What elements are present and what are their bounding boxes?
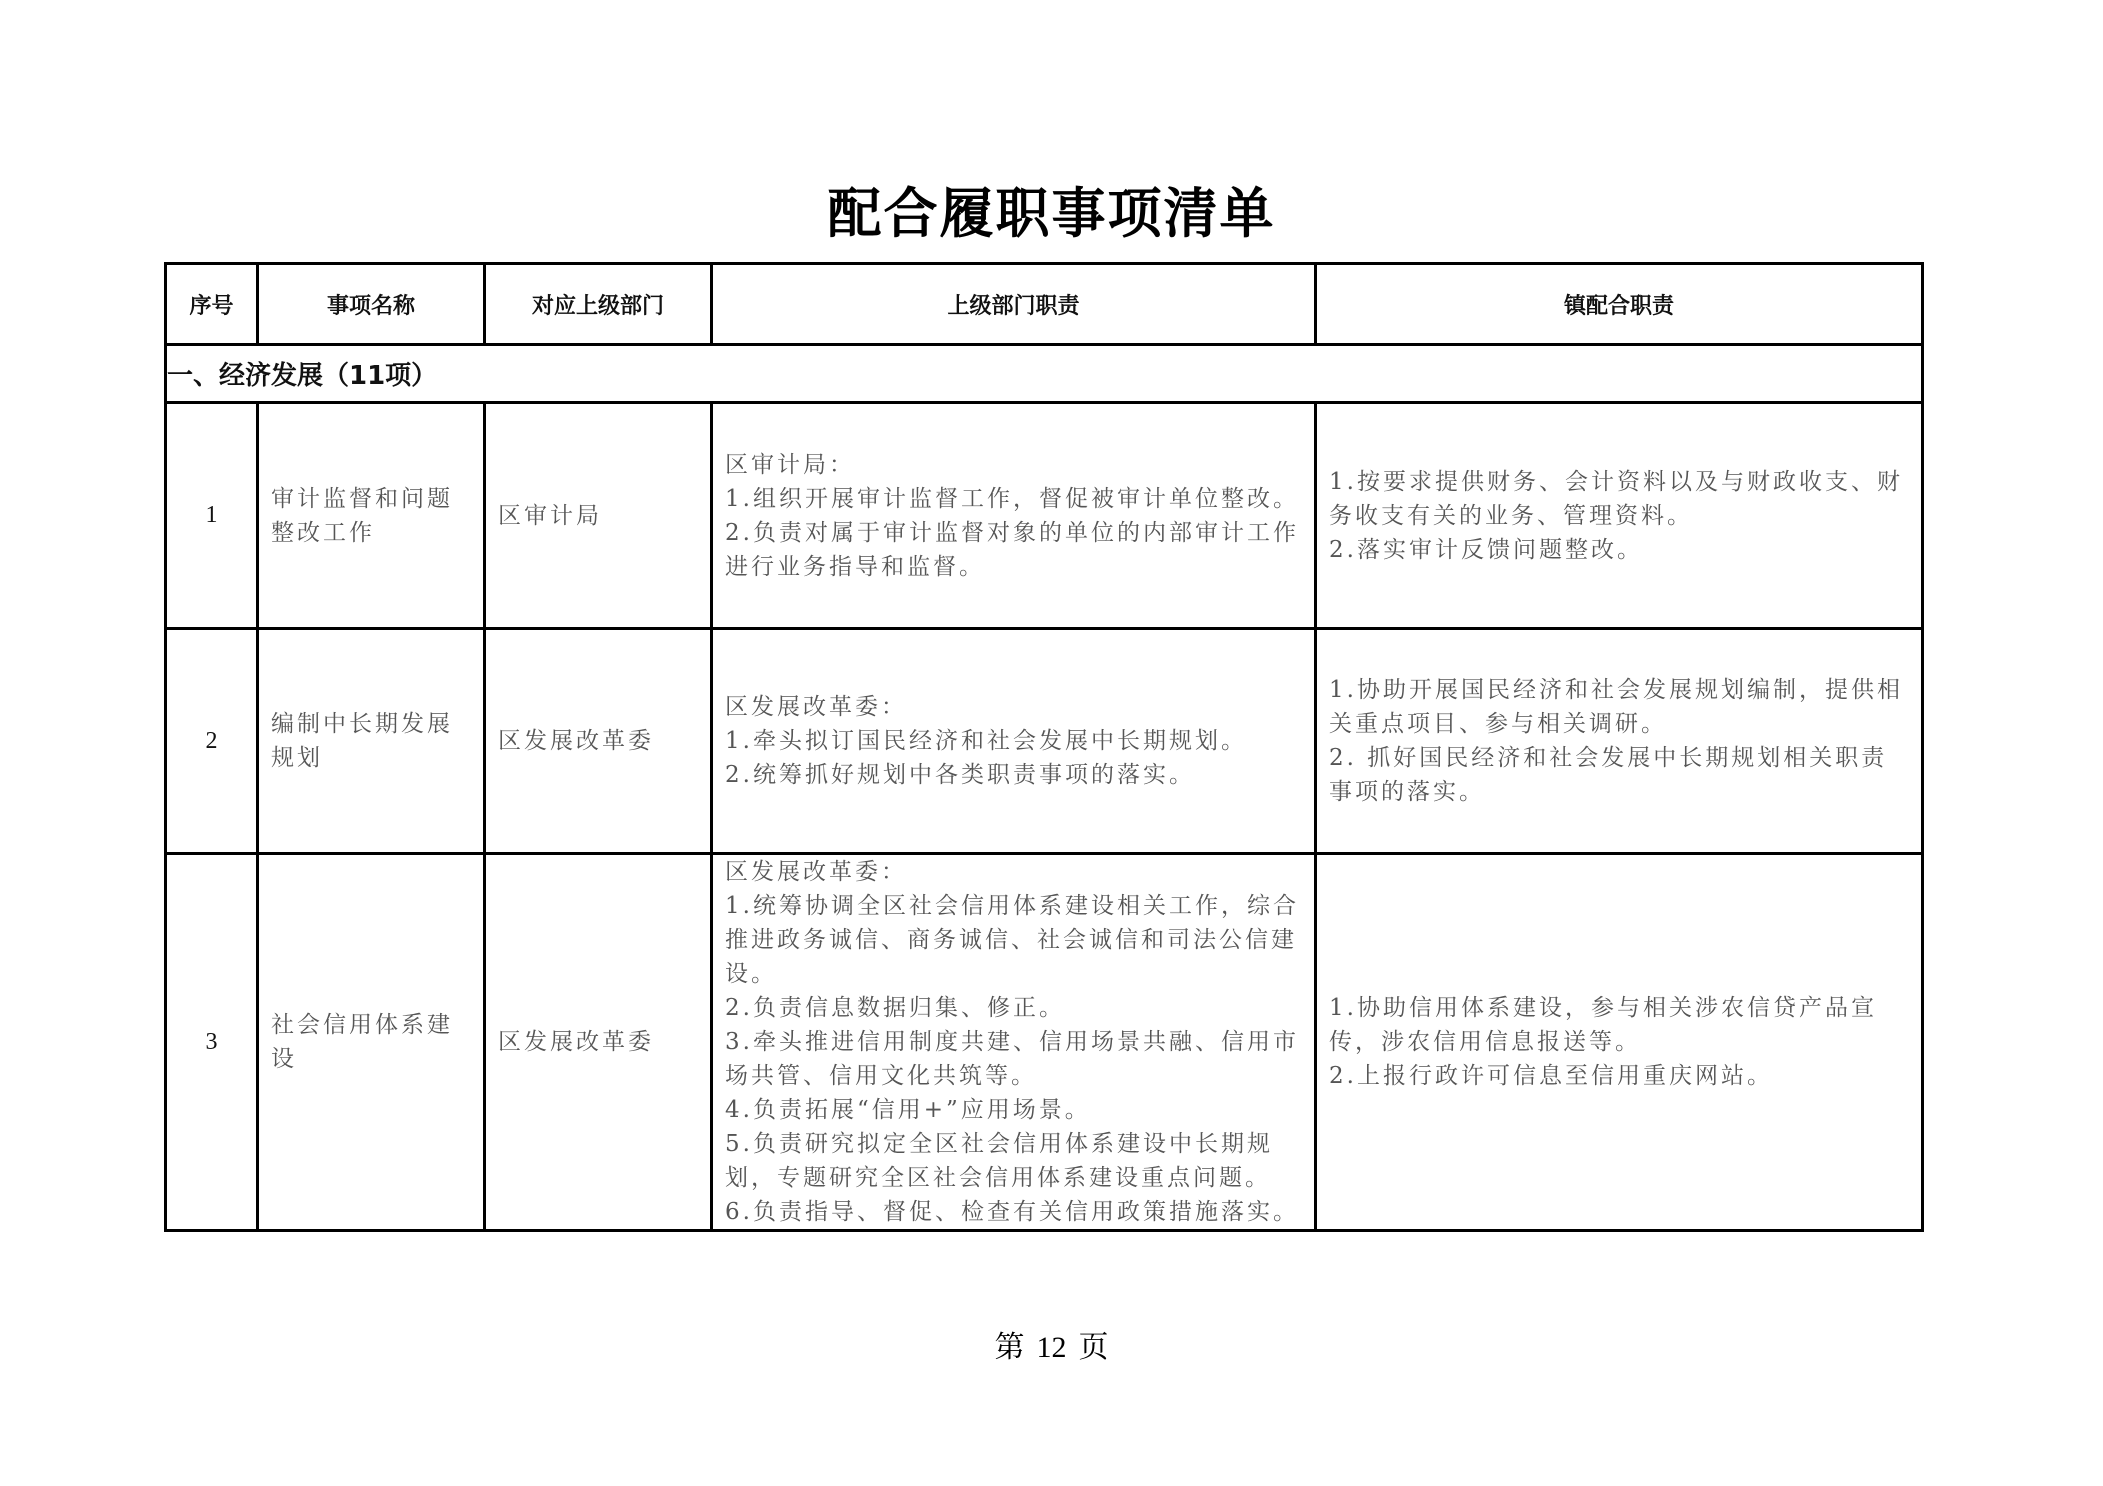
page-footer: 第12页 [0, 1322, 2103, 1366]
duty-line: 6.负责指导、督促、检查有关信用政策措施落实。 [725, 1195, 1302, 1229]
duty-line: 4.负责拓展“信用+”应用场景。 [725, 1093, 1302, 1127]
row-number: 2 [166, 629, 258, 854]
table-header-row: 序号 事项名称 对应上级部门 上级部门职责 镇配合职责 [166, 264, 1923, 345]
item-name: 审计监督和问题整改工作 [258, 403, 485, 629]
row-number: 3 [166, 854, 258, 1231]
table-row: 1 审计监督和问题整改工作 区审计局 区审计局： 1.组织开展审计监督工作，督促… [166, 403, 1923, 629]
town-duties: 1.按要求提供财务、会计资料以及与财政收支、财务收支有关的业务、管理资料。 2.… [1316, 403, 1923, 629]
header-superior-duties: 上级部门职责 [712, 264, 1316, 345]
page-title: 配合履职事项清单 [0, 178, 2103, 248]
town-duties: 1.协助信用体系建设，参与相关涉农信贷产品宣传，涉农信用信息报送等。 2.上报行… [1316, 854, 1923, 1231]
header-serial-number: 序号 [166, 264, 258, 345]
superior-department: 区审计局 [485, 403, 712, 629]
duty-line: 2. 抓好国民经济和社会发展中长期规划相关职责事项的落实。 [1329, 741, 1909, 809]
table-row: 3 社会信用体系建设 区发展改革委 区发展改革委： 1.统筹协调全区社会信用体系… [166, 854, 1923, 1231]
duty-line: 1.协助信用体系建设，参与相关涉农信贷产品宣传，涉农信用信息报送等。 [1329, 991, 1909, 1059]
superior-department: 区发展改革委 [485, 854, 712, 1231]
header-item-name: 事项名称 [258, 264, 485, 345]
duty-line: 2.负责对属于审计监督对象的单位的内部审计工作进行业务指导和监督。 [725, 516, 1302, 584]
row-number: 1 [166, 403, 258, 629]
page-label-suffix: 页 [1079, 1331, 1109, 1364]
header-superior-department: 对应上级部门 [485, 264, 712, 345]
duty-line: 区发展改革委： [725, 690, 1302, 724]
item-name: 社会信用体系建设 [258, 854, 485, 1231]
section-row-economic-development: 一、经济发展（11项） [166, 345, 1923, 403]
duty-line: 2.上报行政许可信息至信用重庆网站。 [1329, 1059, 1909, 1093]
table-row: 2 编制中长期发展规划 区发展改革委 区发展改革委： 1.牵头拟订国民经济和社会… [166, 629, 1923, 854]
duty-line: 1.协助开展国民经济和社会发展规划编制，提供相关重点项目、参与相关调研。 [1329, 673, 1909, 741]
duty-line: 1.组织开展审计监督工作，督促被审计单位整改。 [725, 482, 1302, 516]
duty-line: 1.牵头拟订国民经济和社会发展中长期规划。 [725, 724, 1302, 758]
town-duties: 1.协助开展国民经济和社会发展规划编制，提供相关重点项目、参与相关调研。 2. … [1316, 629, 1923, 854]
page-number: 12 [1037, 1331, 1067, 1364]
duty-line: 区发展改革委： [725, 855, 1302, 889]
duty-line: 1.统筹协调全区社会信用体系建设相关工作，综合推进政务诚信、商务诚信、社会诚信和… [725, 889, 1302, 991]
duty-line: 1.按要求提供财务、会计资料以及与财政收支、财务收支有关的业务、管理资料。 [1329, 465, 1909, 533]
duty-line: 2.统筹抓好规划中各类职责事项的落实。 [725, 758, 1302, 792]
superior-duties: 区发展改革委： 1.牵头拟订国民经济和社会发展中长期规划。 2.统筹抓好规划中各… [712, 629, 1316, 854]
duty-line: 2.落实审计反馈问题整改。 [1329, 533, 1909, 567]
superior-duties: 区发展改革委： 1.统筹协调全区社会信用体系建设相关工作，综合推进政务诚信、商务… [712, 854, 1316, 1231]
superior-duties: 区审计局： 1.组织开展审计监督工作，督促被审计单位整改。 2.负责对属于审计监… [712, 403, 1316, 629]
superior-department: 区发展改革委 [485, 629, 712, 854]
duty-line: 区审计局： [725, 448, 1302, 482]
item-name: 编制中长期发展规划 [258, 629, 485, 854]
duty-line: 3.牵头推进信用制度共建、信用场景共融、信用市场共管、信用文化共筑等。 [725, 1025, 1302, 1093]
duty-line: 5.负责研究拟定全区社会信用体系建设中长期规划，专题研究全区社会信用体系建设重点… [725, 1127, 1302, 1195]
section-title: 一、经济发展（11项） [166, 345, 1923, 403]
duty-list-table: 序号 事项名称 对应上级部门 上级部门职责 镇配合职责 一、经济发展（11项） … [164, 262, 1924, 1232]
header-town-duties: 镇配合职责 [1316, 264, 1923, 345]
page-label-prefix: 第 [995, 1331, 1025, 1364]
duty-line: 2.负责信息数据归集、修正。 [725, 991, 1302, 1025]
